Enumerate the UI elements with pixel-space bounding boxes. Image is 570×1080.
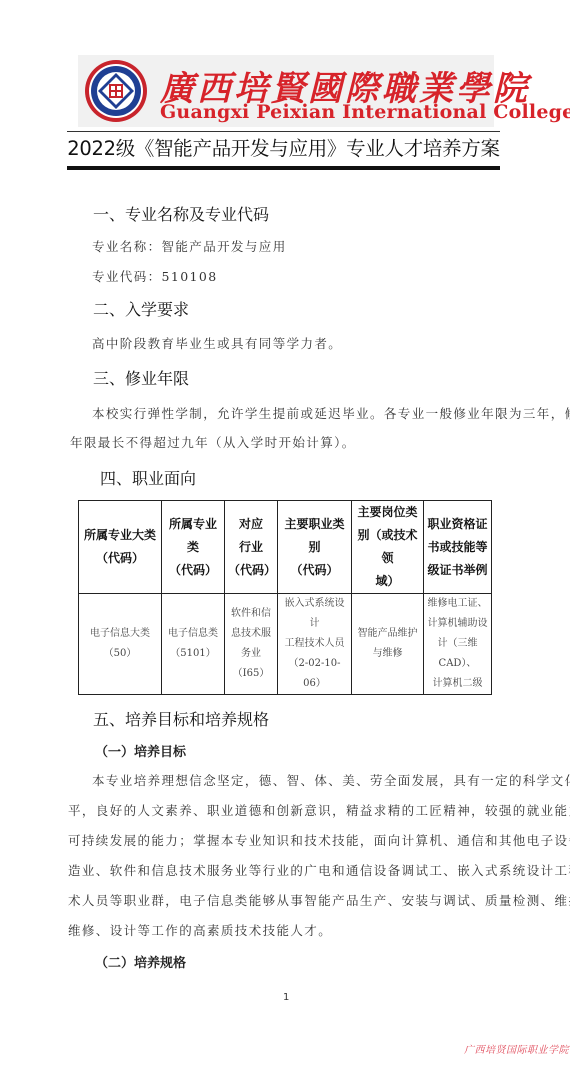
cell-position: 智能产品维护 与维修 [352, 594, 424, 695]
career-orientation-table: 所属专业大类 （代码） 所属专业类 （代码） 对应 行业 （代码） 主要职业类别… [78, 500, 492, 695]
header-text: 对应 [228, 513, 274, 536]
header-text: 行业 [228, 536, 274, 559]
header-cell-industry: 对应 行业 （代码） [225, 501, 278, 594]
goals-line-5: 术人员等职业群，电子信息类能够从事智能产品生产、安装与调试、质量检测、维护与 [68, 891, 570, 909]
subsection-heading-specs: （二）培养规格 [95, 952, 186, 971]
header-rule-top [67, 131, 500, 132]
header-cell-occupation: 主要职业类别 （代码） [278, 501, 352, 594]
header-text: 域） [355, 570, 420, 593]
document-title: 2022级《智能产品开发与应用》专业人才培养方案 [67, 133, 500, 161]
cell-text: 计算机二级 [427, 674, 488, 694]
cell-text: 计算机辅助设 [427, 614, 488, 634]
header-text: （代码） [82, 547, 158, 570]
cell-text: 软件和信 [228, 604, 274, 624]
header-cell-certificate: 职业资格证 书或技能等 级证书举例 [424, 501, 492, 594]
cell-text: （5101） [165, 644, 221, 664]
cell-text: 维修电工证、 [427, 594, 488, 614]
section-heading-1: 一、专业名称及专业代码 [93, 202, 269, 225]
header-text: （代码） [281, 559, 348, 582]
header-text: 别（或技术领 [355, 524, 420, 570]
page-number: 1 [283, 992, 289, 1003]
school-name-en: Guangxi Peixian International College [160, 101, 570, 123]
cell-text: 智能产品维护 [355, 624, 420, 644]
cell-text: 电子信息大类（50） [82, 624, 158, 664]
table-header-row: 所属专业大类 （代码） 所属专业类 （代码） 对应 行业 （代码） 主要职业类别… [79, 501, 492, 594]
cell-major-class: 电子信息类 （5101） [162, 594, 225, 695]
major-name: 专业名称：智能产品开发与应用 [92, 237, 287, 255]
cell-industry: 软件和信 息技术服 务业（I65） [225, 594, 278, 695]
study-duration-line-2: 年限最长不得超过九年（从入学时开始计算）。 [70, 433, 356, 451]
cell-certificate: 维修电工证、 计算机辅助设 计（三维CAD）、 计算机二级 [424, 594, 492, 695]
section-heading-2: 二、入学要求 [93, 297, 189, 320]
section-heading-3: 三、修业年限 [93, 366, 189, 389]
header-text: 级证书举例 [427, 559, 488, 582]
table-row: 电子信息大类（50） 电子信息类 （5101） 软件和信 息技术服 务业（I65… [79, 594, 492, 695]
cell-text: 电子信息类 [165, 624, 221, 644]
major-code: 专业代码：510108 [92, 267, 218, 285]
footer-watermark: 广西培贤国际职业学院 [464, 1041, 569, 1056]
header-text: （代码） [165, 559, 221, 582]
header-cell-major-category: 所属专业大类 （代码） [79, 501, 162, 594]
subsection-heading-goals: （一）培养目标 [95, 741, 186, 760]
header-text: （代码） [228, 559, 274, 582]
header-text: 职业资格证 [427, 513, 488, 536]
header-cell-major-class: 所属专业类 （代码） [162, 501, 225, 594]
goals-line-1: 本专业培养理想信念坚定，德、智、体、美、劳全面发展，具有一定的科学文化水 [92, 771, 570, 789]
cell-occupation: 嵌入式系统设计 工程技术人员 （2-02-10-06） [278, 594, 352, 695]
cell-text: 息技术服 [228, 624, 274, 644]
goals-line-6: 维修、设计等工作的高素质技术技能人才。 [68, 921, 332, 939]
header-text: 书或技能等 [427, 536, 488, 559]
header-text: 主要职业类别 [281, 513, 348, 559]
cell-text: 计（三维CAD）、 [427, 634, 488, 674]
school-emblem-icon [84, 59, 148, 123]
header-text: 所属专业大类 [82, 524, 158, 547]
header-rule-bottom [67, 166, 500, 170]
cell-text: 嵌入式系统设计 [281, 594, 348, 634]
school-banner: 廣西培賢國際職業學院 Guangxi Peixian International… [78, 55, 494, 127]
cell-major-category: 电子信息大类（50） [79, 594, 162, 695]
cell-text: 务业（I65） [228, 644, 274, 684]
header-text: 主要岗位类 [355, 501, 420, 524]
goals-line-2: 平，良好的人文素养、职业道德和创新意识，精益求精的工匠精神，较强的就业能力和 [68, 801, 570, 819]
header-cell-position: 主要岗位类 别（或技术领 域） [352, 501, 424, 594]
header-text: 所属专业类 [165, 513, 221, 559]
goals-line-4: 造业、软件和信息技术服务业等行业的广电和通信设备调试工、嵌入式系统设计工程技 [68, 861, 570, 879]
goals-line-3: 可持续发展的能力；掌握本专业知识和技术技能，面向计算机、通信和其他电子设备制 [68, 831, 570, 849]
cell-text: （2-02-10-06） [281, 654, 348, 694]
study-duration-line-1: 本校实行弹性学制，允许学生提前或延迟毕业。各专业一般修业年限为三年，修业 [92, 404, 570, 422]
section-heading-5: 五、培养目标和培养规格 [93, 707, 269, 730]
admission-requirement: 高中阶段教育毕业生或具有同等学力者。 [92, 334, 342, 352]
section-heading-4: 四、职业面向 [100, 466, 196, 489]
cell-text: 与维修 [355, 644, 420, 664]
cell-text: 工程技术人员 [281, 634, 348, 654]
